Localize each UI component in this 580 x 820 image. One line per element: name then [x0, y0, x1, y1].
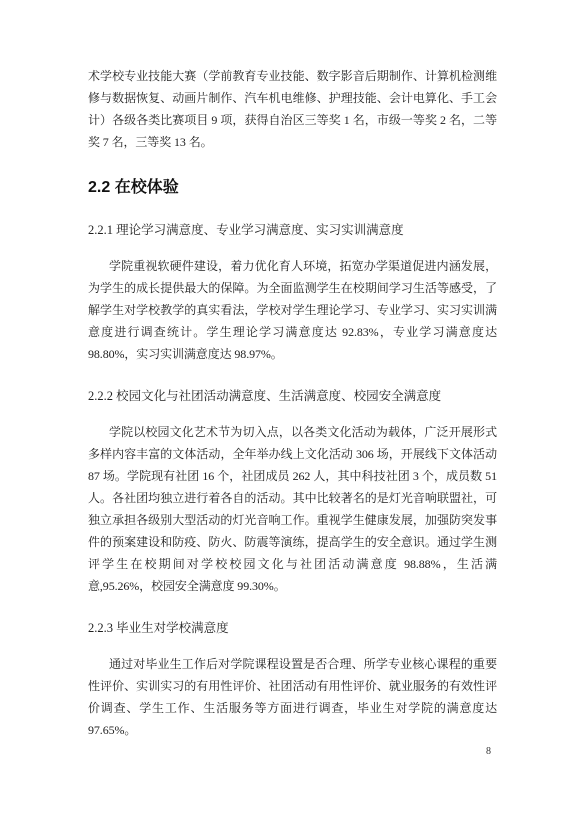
page-number: 8 — [486, 745, 491, 759]
subsection-223-heading: 2.2.3 毕业生对学校满意度 — [88, 617, 497, 639]
subsection-221-heading: 2.2.1 理论学习满意度、专业学习满意度、实习实训满意度 — [88, 219, 497, 241]
document-page: 术学校专业技能大赛（学前教育专业技能、数字影音后期制作、计算机检测维修与数据恢复… — [0, 0, 580, 820]
section-heading: 2.2 在校体验 — [88, 177, 497, 199]
subsection-222-heading: 2.2.2 校园文化与社团活动满意度、生活满意度、校园安全满意度 — [88, 385, 497, 407]
subsection-223-paragraph: 通过对毕业生工作后对学院课程设置是否合理、所学专业核心课程的重要性评价、实训实习… — [88, 653, 497, 741]
subsection-222-paragraph: 学院以校园文化艺术节为切入点，以各类文化活动为载体，广泛开展形式多样内容丰富的文… — [88, 421, 497, 597]
subsection-221-paragraph: 学院重视软硬件建设，着力优化育人环境，拓宽办学渠道促进内涵发展，为学生的成长提供… — [88, 255, 497, 365]
page-content: 术学校专业技能大赛（学前教育专业技能、数字影音后期制作、计算机检测维修与数据恢复… — [88, 65, 497, 741]
continued-paragraph: 术学校专业技能大赛（学前教育专业技能、数字影音后期制作、计算机检测维修与数据恢复… — [88, 65, 497, 153]
